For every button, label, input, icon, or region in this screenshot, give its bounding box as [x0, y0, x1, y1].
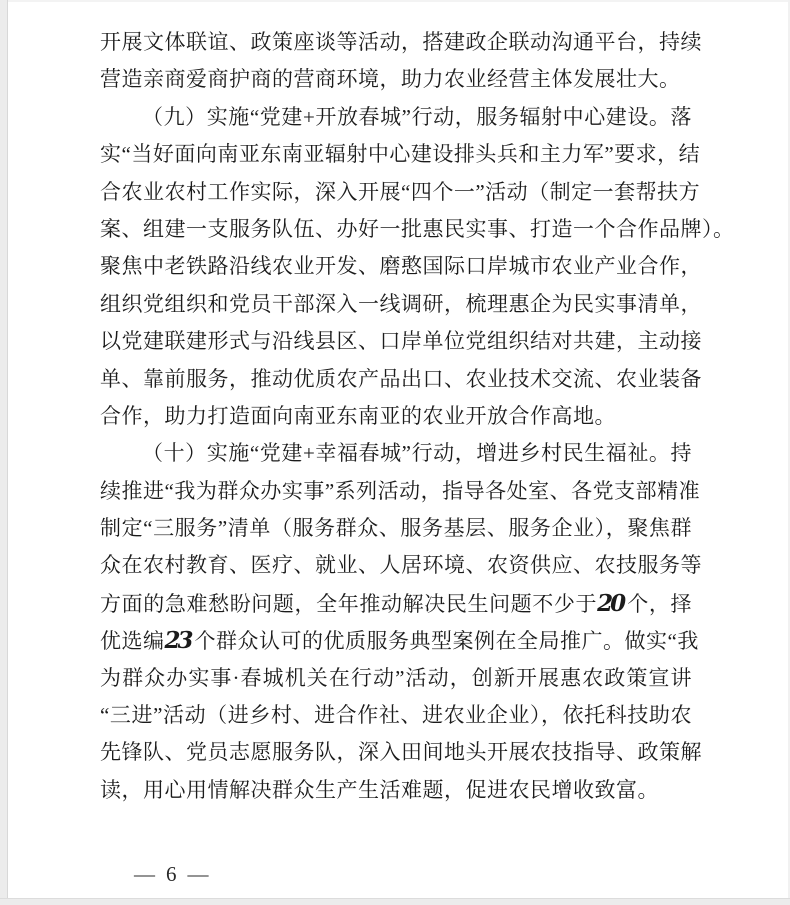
- text-line: 聚焦中老铁路沿线农业开发、磨憨国际口岸城市农业产业合作，: [100, 248, 692, 285]
- text-line: 单、靠前服务，推动优质农产品出口、农业技术交流、农业装备: [100, 361, 692, 398]
- document-page: 开展文体联谊、政策座谈等活动，搭建政企联动沟通平台，持续 营造亲商爱商护商的营商…: [0, 0, 790, 905]
- text-line: 案、组建一支服务队伍、办好一批惠民实事、打造一个合作品牌）。: [100, 211, 692, 248]
- text-line: 优选编23个群众认可的优质服务典型案例在全局推广。做实“我: [100, 622, 692, 659]
- line-segment: 方面的急难愁盼问题，全年推动解决民生问题不少于: [100, 592, 597, 616]
- text-line: 方面的急难愁盼问题，全年推动解决民生问题不少于20个，择: [100, 585, 692, 622]
- line-segment: 优选编: [100, 629, 165, 653]
- text-line: 合作，助力打造面向南亚东南亚的农业开放合作高地。: [100, 398, 692, 435]
- text-line: 合农业农村工作实际，深入开展“四个一”活动（制定一套帮扶方: [100, 174, 692, 211]
- footer-dash-right: —: [188, 862, 212, 886]
- page-footer: —6—: [130, 862, 216, 887]
- line-segment: 个群众认可的优质服务典型案例在全局推广。做实“我: [195, 629, 699, 653]
- text-line: 制定“三服务”清单（服务群众、服务基层、服务企业），聚焦群: [100, 510, 692, 547]
- scan-edge-left: [0, 0, 8, 905]
- text-line: 营造亲商爱商护商的营商环境，助力农业经营主体发展壮大。: [100, 61, 692, 98]
- numeral-highlight: 20: [597, 590, 623, 617]
- numeral-highlight: 23: [165, 627, 191, 654]
- line-segment: 个，择: [627, 592, 692, 616]
- scan-edge-top: [0, 0, 790, 2]
- text-line: 众在农村教育、医疗、就业、人居环境、农资供应、农技服务等: [100, 547, 692, 584]
- text-line: 续推进“我为群众办实事”系列活动，指导各处室、各党支部精准: [100, 473, 692, 510]
- text-line: “三进”活动（进乡村、进合作社、进农业企业），依托科技助农: [100, 697, 692, 734]
- body-text: 开展文体联谊、政策座谈等活动，搭建政企联动沟通平台，持续 营造亲商爱商护商的营商…: [100, 24, 692, 809]
- text-line: 读，用心用情解决群众生产生活难题，促进农民增收致富。: [100, 772, 692, 809]
- text-line: 组织党组织和党员干部深入一线调研，梳理惠企为民实事清单，: [100, 286, 692, 323]
- text-line: 以党建联建形式与沿线县区、口岸单位党组织结对共建，主动接: [100, 323, 692, 360]
- text-line: 先锋队、党员志愿服务队，深入田间地头开展农技指导、政策解: [100, 734, 692, 771]
- text-line: 实“当好面向南亚东南亚辐射中心建设排头兵和主力军”要求，结: [100, 136, 692, 173]
- footer-dash-left: —: [134, 862, 158, 886]
- text-line: 开展文体联谊、政策座谈等活动，搭建政企联动沟通平台，持续: [100, 24, 692, 61]
- section-heading-9: （九）实施“党建+开放春城”行动，服务辐射中心建设。落: [100, 99, 692, 136]
- scan-edge-bottom: [0, 898, 790, 905]
- section-heading-10: （十）实施“党建+幸福春城”行动，增进乡村民生福祉。持: [100, 435, 692, 472]
- page-number: 6: [166, 862, 180, 886]
- text-line: 为群众办实事·春城机关在行动”活动，创新开展惠农政策宣讲: [100, 660, 692, 697]
